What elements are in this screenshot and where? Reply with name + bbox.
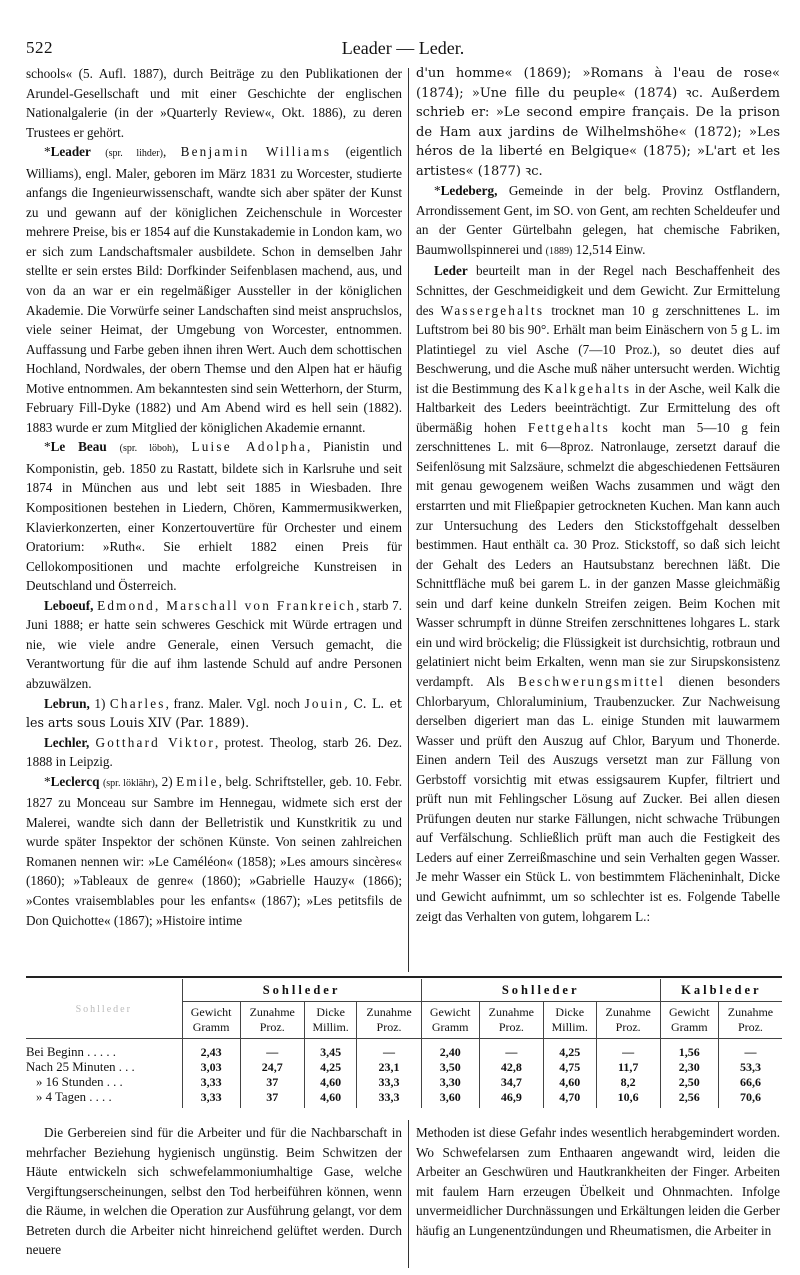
person-name: Benjamin Williams [181, 144, 332, 159]
sense-number: , 2) [155, 774, 176, 789]
cell: 4,25 [543, 1039, 596, 1061]
column-header: ZunahmeProz. [479, 1002, 543, 1039]
entry-le-beau: *Le Beau (spr. löboh), Luise Adolpha, Pi… [26, 437, 402, 595]
cell: 8,2 [596, 1075, 660, 1090]
right-column: d'un homme« (1869); »Romans à l'eau de r… [416, 64, 780, 926]
lemma: Leboeuf, [44, 598, 93, 613]
cell: — [596, 1039, 660, 1061]
cell: 33,3 [357, 1090, 421, 1108]
census-year: (1889) [546, 246, 573, 257]
column-header-unit: Proz. [359, 1020, 418, 1035]
cell: 4,60 [304, 1090, 357, 1108]
column-header: GewichtGramm [421, 1002, 479, 1039]
new-entry-marker: * [44, 144, 51, 159]
cell: 3,03 [182, 1060, 240, 1075]
running-head: Leader — Leder. [26, 38, 780, 59]
column-header: DickeMillim. [304, 1002, 357, 1039]
cell: 23,1 [357, 1060, 421, 1075]
bottom-left-column: Die Gerbereien sind für die Arbeiter und… [26, 1123, 402, 1260]
column-header: GewichtGramm [660, 1002, 718, 1039]
entry-leader: *Leader (spr. lihder), Benjamin Williams… [26, 142, 402, 437]
cell: 4,60 [543, 1075, 596, 1090]
column-header-line: Gewicht [185, 1005, 238, 1020]
column-header-line: Zunahme [243, 1005, 302, 1020]
sense-number: 1) [90, 696, 110, 711]
column-header-unit: Gramm [424, 1020, 477, 1035]
pronunciation: (spr. lihder) [105, 148, 163, 159]
group-header: Kalbleder [660, 979, 782, 1002]
cell: 1,56 [660, 1039, 718, 1061]
cell: 3,30 [421, 1075, 479, 1090]
lemma: Ledeberg, [441, 183, 498, 198]
entry-text: , franz. Maler. Vgl. noch [166, 696, 305, 711]
lemma: Le Beau [51, 439, 107, 454]
person-name: Gotthard Viktor [95, 735, 214, 750]
cell: 37 [240, 1075, 304, 1090]
cell: 42,8 [479, 1060, 543, 1075]
cell: 4,60 [304, 1075, 357, 1090]
term-wassergehalt: Wassergehalts [441, 303, 544, 318]
column-header-line: Gewicht [424, 1005, 477, 1020]
faint-stub-text: Sohlleder [76, 1004, 132, 1015]
term-kalkgehalt: Kalkgehalts [544, 381, 631, 396]
person-name: Charles [110, 696, 166, 711]
bottom-right-column: Methoden ist diese Gefahr indes wesentli… [416, 1123, 780, 1240]
cell: 24,7 [240, 1060, 304, 1075]
table-row: » 16 Stunden . . . 3,33 37 4,60 33,3 3,3… [26, 1075, 782, 1090]
cell: 66,6 [718, 1075, 782, 1090]
term-beschwerungsmittel: Beschwerungsmittel [518, 674, 665, 689]
column-divider-bottom [408, 1120, 409, 1268]
column-header: ZunahmeProz. [596, 1002, 660, 1039]
entry-ledeberg: *Ledeberg, Gemeinde in der belg. Provinz… [416, 181, 780, 261]
entry-text: kocht man 5—10 g fein zerschnittenes L. … [416, 420, 780, 689]
cell: — [240, 1039, 304, 1061]
lemma: Leder [434, 263, 468, 278]
cell: 34,7 [479, 1075, 543, 1090]
group-header: Sohlleder [421, 979, 660, 1002]
hygiene-paragraph: Die Gerbereien sind für die Arbeiter und… [26, 1123, 402, 1260]
cell: — [357, 1039, 421, 1061]
leather-absorption-table: Sohlleder Sohlleder Sohlleder Kalbleder … [26, 976, 782, 1108]
column-header-unit: Proz. [482, 1020, 541, 1035]
author-name: Jouin [305, 696, 345, 711]
cell: 3,50 [421, 1060, 479, 1075]
cell: 2,30 [660, 1060, 718, 1075]
table-group-header-row: Sohlleder Sohlleder Sohlleder Kalbleder [26, 979, 782, 1002]
entry-text: (eigentlich Williams), engl. Maler, gebo… [26, 144, 402, 435]
column-header-line: Zunahme [482, 1005, 541, 1020]
lemma: Leclercq [51, 774, 100, 789]
cell: 10,6 [596, 1090, 660, 1108]
table-top-rule [26, 976, 782, 978]
column-header-unit: Proz. [243, 1020, 302, 1035]
column-header-line: Dicke [307, 1005, 355, 1020]
entry-text: dienen besonders Chlorbaryum, Chloralumi… [416, 674, 780, 924]
column-header: ZunahmeProz. [718, 1002, 782, 1039]
column-header: ZunahmeProz. [240, 1002, 304, 1039]
new-entry-marker: * [44, 774, 51, 789]
column-header-unit: Millim. [307, 1020, 355, 1035]
entry-text: 12,514 Einw. [572, 242, 645, 257]
left-column: schools« (5. Aufl. 1887), durch Beiträge… [26, 64, 402, 930]
cell: 70,6 [718, 1090, 782, 1108]
lemma: Lechler, [44, 735, 89, 750]
column-header: GewichtGramm [182, 1002, 240, 1039]
pronunciation: (spr. löklähr) [103, 778, 155, 789]
entry-leboeuf: Leboeuf, Edmond, Marschall von Frankreic… [26, 596, 402, 694]
lemma: Leader [51, 144, 91, 159]
cell: 3,33 [182, 1090, 240, 1108]
cell: 2,43 [182, 1039, 240, 1061]
group-header: Sohlleder [182, 979, 421, 1002]
cell: 3,60 [421, 1090, 479, 1108]
hygiene-paragraph-continued: Methoden ist diese Gefahr indes wesentli… [416, 1123, 780, 1240]
person-name: Edmond, Marschall von Frankreich [97, 598, 356, 613]
cell: 4,75 [543, 1060, 596, 1075]
entry-leder: Leder beurteilt man in der Regel nach Be… [416, 261, 780, 926]
column-header-line: Zunahme [359, 1005, 418, 1020]
column-header: DickeMillim. [543, 1002, 596, 1039]
cell: 4,70 [543, 1090, 596, 1108]
column-header-unit: Proz. [599, 1020, 658, 1035]
cell: 2,50 [660, 1075, 718, 1090]
column-header-line: Zunahme [599, 1005, 658, 1020]
column-header-unit: Proz. [721, 1020, 780, 1035]
cell: 11,7 [596, 1060, 660, 1075]
term-fettgehalt: Fettgehalts [528, 420, 610, 435]
cell: 4,25 [304, 1060, 357, 1075]
cell: — [479, 1039, 543, 1061]
cell: 2,40 [421, 1039, 479, 1061]
pronunciation: (spr. löboh) [120, 443, 176, 454]
page-header: 522 Leader — Leder. [26, 38, 780, 62]
entry-text: , belg. Schriftsteller, geb. 10. Febr. 1… [26, 774, 402, 928]
table-row: » 4 Tagen . . . . 3,33 37 4,60 33,3 3,60… [26, 1090, 782, 1108]
column-header-line: Zunahme [721, 1005, 780, 1020]
cell: 37 [240, 1090, 304, 1108]
column-header-unit: Millim. [546, 1020, 594, 1035]
entry-text: , Pianistin und Komponistin, geb. 1850 z… [26, 439, 402, 593]
column-header: ZunahmeProz. [357, 1002, 421, 1039]
cell: 3,45 [304, 1039, 357, 1061]
cell: 33,3 [357, 1075, 421, 1090]
lemma: Lebrun, [44, 696, 90, 711]
cell: 53,3 [718, 1060, 782, 1075]
entry-continuation: d'un homme« (1869); »Romans à l'eau de r… [416, 64, 780, 181]
new-entry-marker: * [434, 183, 441, 198]
column-header-line: Gewicht [663, 1005, 716, 1020]
entry-lechler: Lechler, Gotthard Viktor, protest. Theol… [26, 733, 402, 772]
row-label: » 16 Stunden . . . [26, 1075, 182, 1090]
entry-lebrun: Lebrun, 1) Charles, franz. Maler. Vgl. n… [26, 694, 402, 733]
column-divider-top [408, 68, 409, 972]
data-table: Sohlleder Sohlleder Sohlleder Kalbleder … [26, 979, 782, 1108]
entry-leclercq: *Leclercq (spr. löklähr), 2) Emile, belg… [26, 772, 402, 930]
row-label: » 4 Tagen . . . . [26, 1090, 182, 1108]
cell: 46,9 [479, 1090, 543, 1108]
row-label: Bei Beginn . . . . . [26, 1039, 182, 1061]
column-header-unit: Gramm [185, 1020, 238, 1035]
person-name: Luise Adolpha [192, 439, 307, 454]
row-label: Nach 25 Minuten . . . [26, 1060, 182, 1075]
table-row: Nach 25 Minuten . . . 3,03 24,7 4,25 23,… [26, 1060, 782, 1075]
entry-continuation: schools« (5. Aufl. 1887), durch Beiträge… [26, 64, 402, 142]
cell: — [718, 1039, 782, 1061]
column-header-unit: Gramm [663, 1020, 716, 1035]
cell: 3,33 [182, 1075, 240, 1090]
person-name: Emile [176, 774, 219, 789]
table-stub-header: Sohlleder [26, 979, 182, 1039]
column-header-line: Dicke [546, 1005, 594, 1020]
new-entry-marker: * [44, 439, 51, 454]
cell: 2,56 [660, 1090, 718, 1108]
table-row: Bei Beginn . . . . . 2,43 — 3,45 — 2,40 … [26, 1039, 782, 1061]
